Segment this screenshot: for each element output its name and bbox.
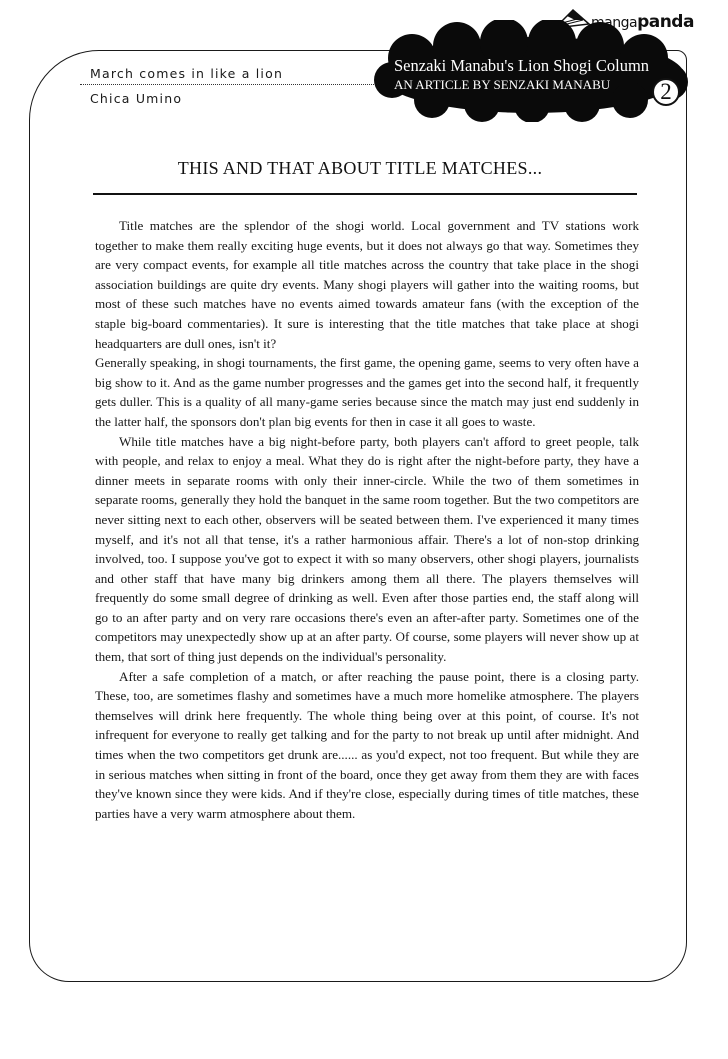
article-paragraph: Generally speaking, in shogi tournaments… — [95, 353, 639, 431]
article-heading: THIS AND THAT ABOUT TITLE MATCHES... — [60, 158, 660, 179]
heading-underline — [93, 193, 637, 195]
series-author: Chica Umino — [90, 89, 400, 109]
column-subtitle: AN ARTICLE BY SENZAKI MANABU — [394, 77, 610, 93]
series-title: March comes in like a lion — [90, 64, 400, 84]
series-info: March comes in like a lion Chica Umino — [90, 64, 400, 109]
article-paragraph: After a safe completion of a match, or a… — [95, 667, 639, 824]
article-body: Title matches are the splendor of the sh… — [95, 216, 639, 823]
issue-number-badge: 2 — [652, 78, 680, 106]
article-paragraph: While title matches have a big night-bef… — [95, 432, 639, 667]
article-paragraph: Title matches are the splendor of the sh… — [95, 216, 639, 353]
manga-page: mangapanda March comes in like a lion Ch… — [0, 0, 728, 1059]
dotted-divider — [80, 84, 390, 85]
column-title: Senzaki Manabu's Lion Shogi Column — [394, 56, 649, 76]
column-badge: Senzaki Manabu's Lion Shogi Column AN AR… — [372, 20, 692, 122]
